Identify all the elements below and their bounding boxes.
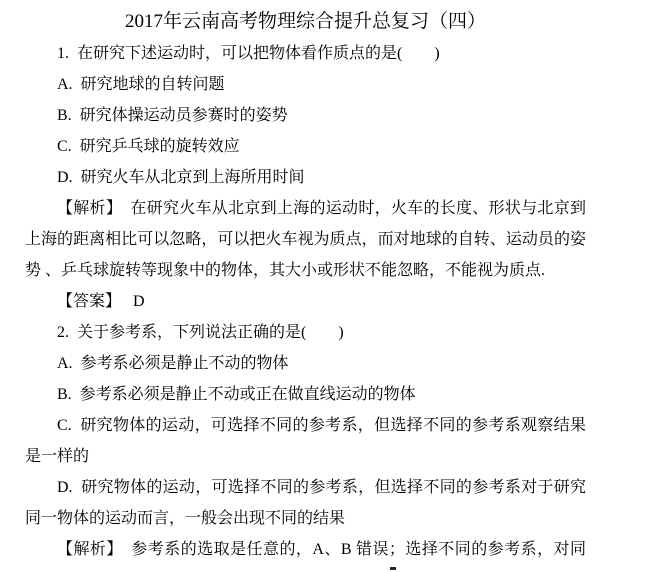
option-1-b-text: B. 研究体操运动员参赛时的姿势 [25, 100, 586, 131]
analysis-2-line-1-text: 【解析】 参考系的选取是任意的，A、B 错误；选择不同的参考系，对同 [25, 534, 586, 565]
option-2-c-line-2-text: 是一样的 [25, 441, 586, 472]
option-2-d-line-1-text: D. 研究物体的运动，可选择不同的参考系，但选择不同的参考系对于研究 [25, 472, 586, 503]
analysis-1-line-3-text: 势 、乒乓球旋转等现象中的物体，其大小或形状不能忽略，不能视为质点. [25, 255, 586, 286]
document-body: 1. 在研究下述运动时，可以把物体看作质点的是( ) A. 研究地球的自转问题 … [25, 38, 586, 565]
document-page: 2017年云南高考物理综合提升总复习（四） 1. 在研究下述运动时，可以把物体看… [0, 0, 653, 572]
question-1-text: 1. 在研究下述运动时，可以把物体看作质点的是( ) [25, 38, 586, 69]
option-2-d-line-2-text: 同一物体的运动而言，一般会出现不同的结果 [25, 503, 586, 534]
option-2-a-text: A. 参考系必须是静止不动的物体 [25, 348, 586, 379]
question-2-text: 2. 关于参考系，下列说法正确的是( ) [25, 317, 586, 348]
option-1-c-text: C. 研究乒乓球的旋转效应 [25, 131, 586, 162]
analysis-1-line-1-text: 【解析】 在研究火车从北京到上海的运动时，火车的长度、形状与北京到 [25, 193, 586, 224]
option-2-c-line-1-text: C. 研究物体的运动，可选择不同的参考系，但选择不同的参考系观察结果 [25, 410, 586, 441]
cut-off-next-line-fragment [390, 567, 396, 570]
option-1-d-text: D. 研究火车从北京到上海所用时间 [25, 162, 586, 193]
option-1-a-text: A. 研究地球的自转问题 [25, 69, 586, 100]
option-2-b-text: B. 参考系必须是静止不动或正在做直线运动的物体 [25, 379, 586, 410]
answer-1-text: 【答案】 D [25, 286, 586, 317]
document-title: 2017年云南高考物理综合提升总复习（四） [25, 6, 586, 38]
analysis-1-line-2-text: 上海的距离相比可以忽略，可以把火车视为质点，而对地球的自转、运动员的姿 [25, 224, 586, 255]
